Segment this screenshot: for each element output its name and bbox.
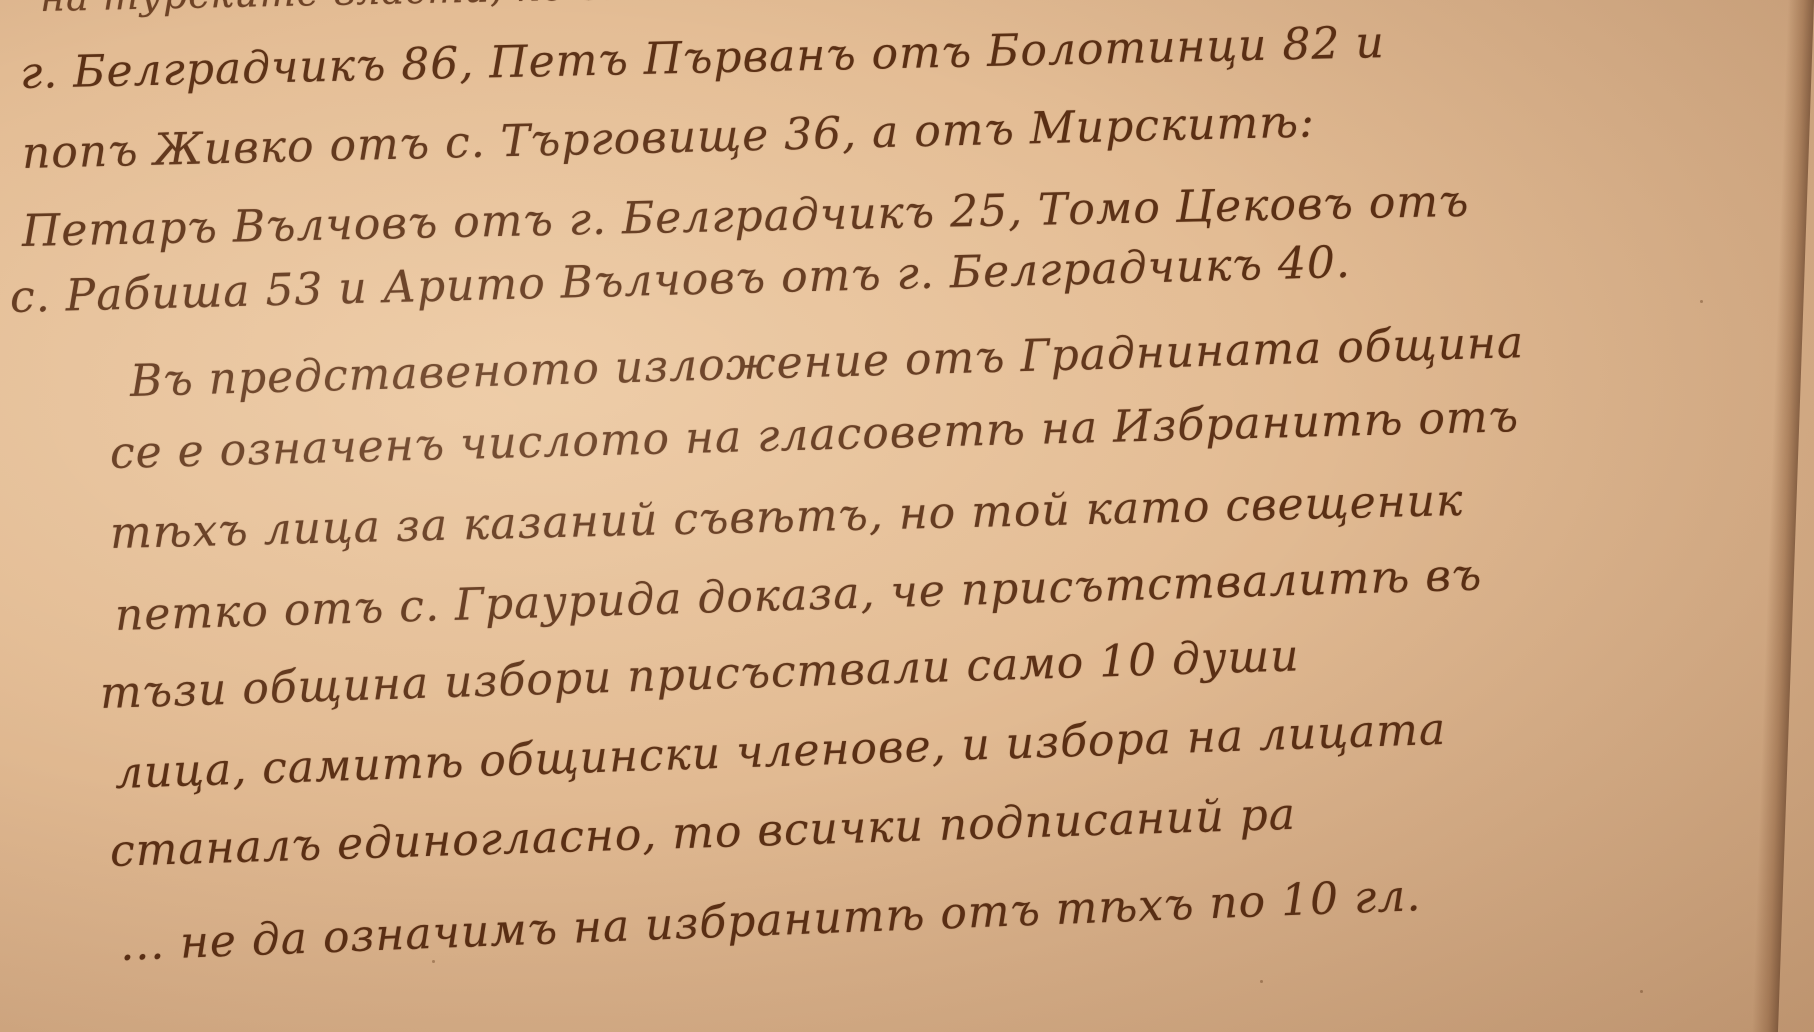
manuscript-line-11: станалъ единогласно, то всички подписани…	[109, 789, 1297, 877]
manuscript-line-10: лица, самитѣ общински членове, и избора …	[114, 704, 1447, 799]
manuscript-line-9: тъзи община избори присъствали само 10 д…	[99, 630, 1300, 719]
manuscript-line-0: на турските власти, но от ...	[40, 0, 693, 20]
paper-speck	[432, 960, 435, 963]
manuscript-line-7: тѣхъ лица за казаний съвѣтъ, но той като…	[109, 475, 1463, 559]
manuscript-page: на турските власти, но от ... г. Белград…	[0, 0, 1814, 1032]
paper-speck	[1260, 980, 1263, 983]
manuscript-line-2: попъ Живко отъ с. Търговище 36, а отъ Ми…	[21, 96, 1315, 179]
manuscript-line-5: Въ представеното изложение отъ Граднинат…	[129, 317, 1524, 407]
paper-speck	[1640, 990, 1643, 993]
page-edge-shadow	[1752, 0, 1814, 1032]
paper-speck	[1700, 300, 1703, 303]
manuscript-line-6: се е означенъ числото на гласоветѣ на Из…	[109, 391, 1519, 479]
manuscript-line-12: ... не да означимъ на избранитѣ отъ тѣхъ…	[119, 870, 1422, 971]
manuscript-line-1: г. Белградчикъ 86, Петъ Първанъ отъ Боло…	[19, 17, 1385, 99]
manuscript-line-8: петко отъ с. Граурида доказа, че присътс…	[114, 549, 1483, 641]
